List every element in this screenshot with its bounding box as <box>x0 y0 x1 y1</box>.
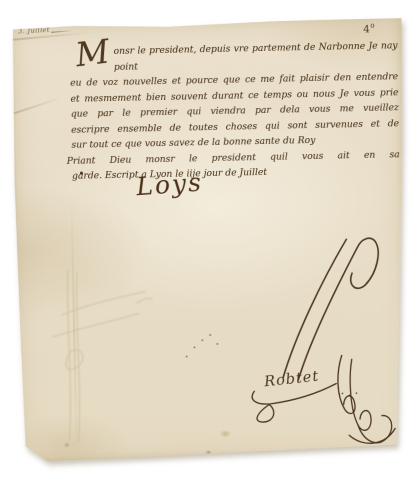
manuscript-paper: 3. Juillet 4o M onsr le president, depui… <box>11 18 410 464</box>
paper-wrapper: 3. Juillet 4o M onsr le president, depui… <box>11 18 410 464</box>
secretary-paraph <box>251 354 395 445</box>
paraph-flourishes <box>11 18 410 464</box>
large-paraph <box>280 238 380 381</box>
manuscript-photograph: 3. Juillet 4o M onsr le president, depui… <box>0 0 410 494</box>
signature-dots <box>342 392 358 396</box>
